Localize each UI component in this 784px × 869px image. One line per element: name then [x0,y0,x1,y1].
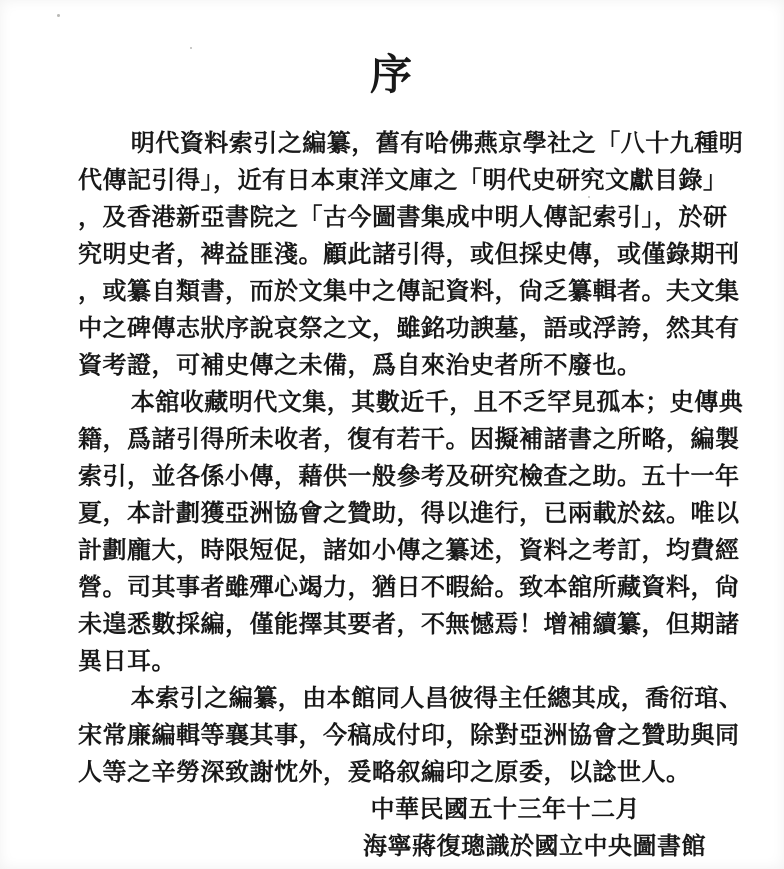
preface-body: 明代資料索引之編纂，舊有哈佛燕京學社之「八十九種明 代傳記引得」，近有日本東洋文… [78,124,706,864]
scan-speck [588,196,590,198]
text-line: 究明史者，裨益匪淺。顧此諸引得，或但採史傳，或僅錄期刊 [78,235,706,272]
text-line: 計劃龐大，時限短促，諸如小傳之纂述，資料之考訂，均費經 [78,531,706,568]
text-line: 中之碑傳志狀序說哀祭之文，雖銘功諛墓，語或浮誇，然其有 [78,309,706,346]
scan-speck [190,47,192,49]
signature-line: 海寧蔣復璁識於國立中央圖書館 [78,827,706,864]
text-line: 代傳記引得」，近有日本東洋文庫之「明代史研究文獻目錄」 [78,161,706,198]
text-line: 營。司其事者雖殫心竭力，猶日不暇給。致本舘所藏資料，尙 [78,568,706,605]
scan-speck [57,14,60,17]
text-line: 籍，爲諸引得所未收者，復有若干。因擬補諸書之所略，編製 [78,420,706,457]
text-line: 未遑悉數採編，僅能擇其要者，不無憾焉！增補續纂，但期諸 [78,605,706,642]
text-line: 宋常廉編輯等襄其事，今稿成付印，除對亞洲協會之贊助與同 [78,716,706,753]
text-line: 夏，本計劃獲亞洲協會之贊助，得以進行，已兩載於玆。唯以 [78,494,706,531]
scanned-page: 序 明代資料索引之編纂，舊有哈佛燕京學社之「八十九種明 代傳記引得」，近有日本東… [0,0,784,869]
text-line: 資考證，可補史傳之未備，爲自來治史者所不廢也。 [78,346,706,383]
text-line: 異日耳。 [78,642,706,679]
page-title: 序 [0,50,784,100]
text-line: 索引，並各係小傳，藉供一般參考及研究檢查之助。五十一年 [78,457,706,494]
date-line: 中華民國五十三年十二月 [78,790,706,827]
text-line: 人等之辛勞深致謝忱外，爰略叙編印之原委，以諗世人。 [78,753,706,790]
text-line: ，及香港新亞書院之「古今圖書集成中明人傳記索引」，於研 [78,198,706,235]
text-line: 本索引之編纂，由本館同人昌彼得主任總其成，喬衍琯、 [78,679,706,716]
text-line: 明代資料索引之編纂，舊有哈佛燕京學社之「八十九種明 [78,124,706,161]
text-line: ，或纂自類書，而於文集中之傳記資料，尙乏纂輯者。夫文集 [78,272,706,309]
text-line: 本舘收藏明代文集，其數近千，且不乏罕見孤本；史傳典 [78,383,706,420]
